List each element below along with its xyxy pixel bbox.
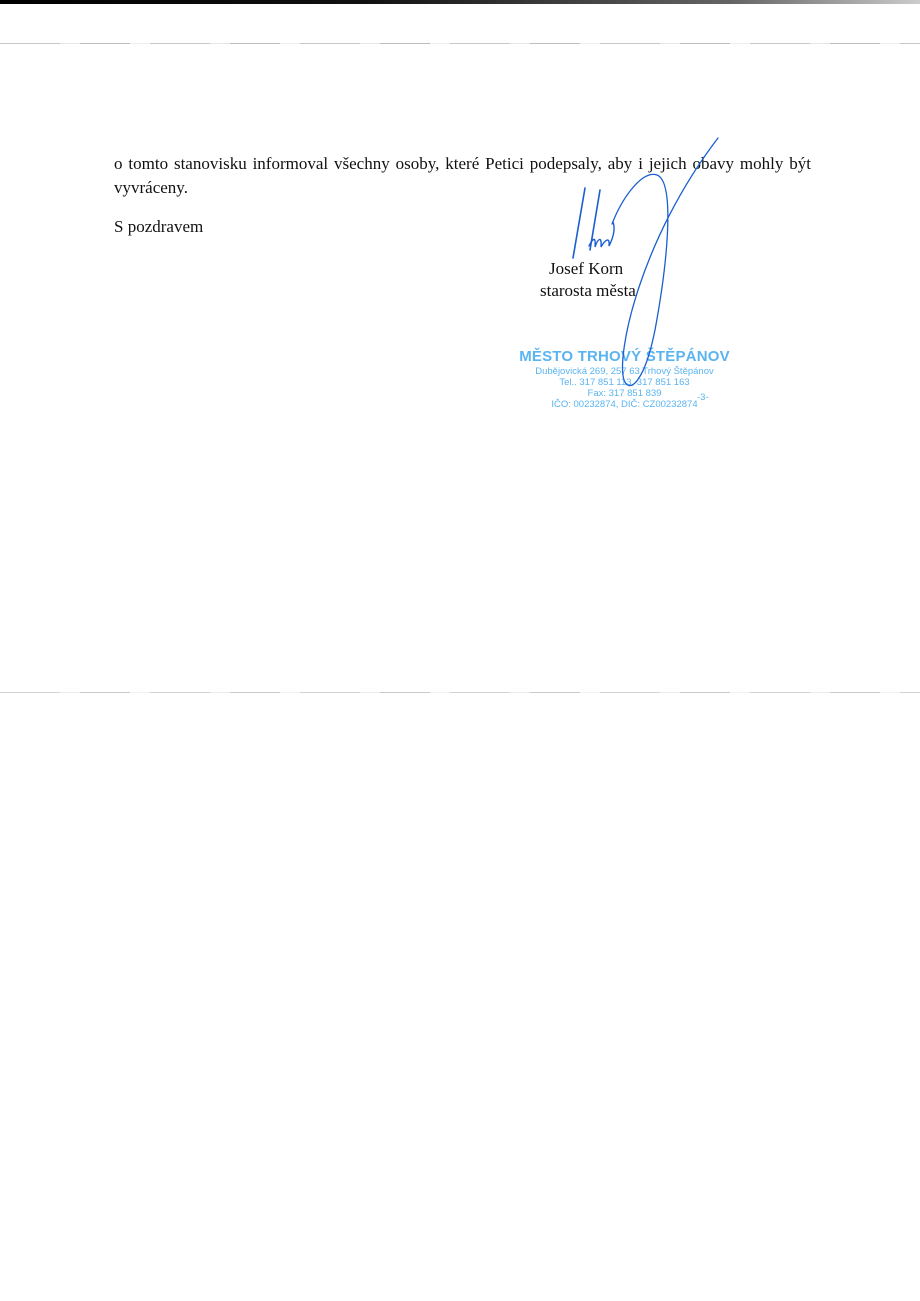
stamp-phone: Tel.. 317 851 113, 317 851 163 bbox=[512, 377, 737, 388]
signatory-name: Josef Korn bbox=[549, 258, 623, 280]
scan-edge bbox=[0, 0, 920, 4]
fold-line bbox=[0, 43, 920, 44]
stamp-address: Dubějovická 269, 257 63 Trhový Štěpánov bbox=[512, 366, 737, 377]
stamp-title: MĚSTO TRHOVÝ ŠTĚPÁNOV bbox=[512, 348, 737, 366]
greeting: S pozdravem bbox=[114, 215, 203, 239]
page-number: -3- bbox=[697, 392, 709, 403]
body-paragraph: o tomto stanovisku informoval všechny os… bbox=[114, 152, 811, 200]
signatory-role: starosta města bbox=[540, 280, 636, 302]
fold-line bbox=[0, 692, 920, 693]
